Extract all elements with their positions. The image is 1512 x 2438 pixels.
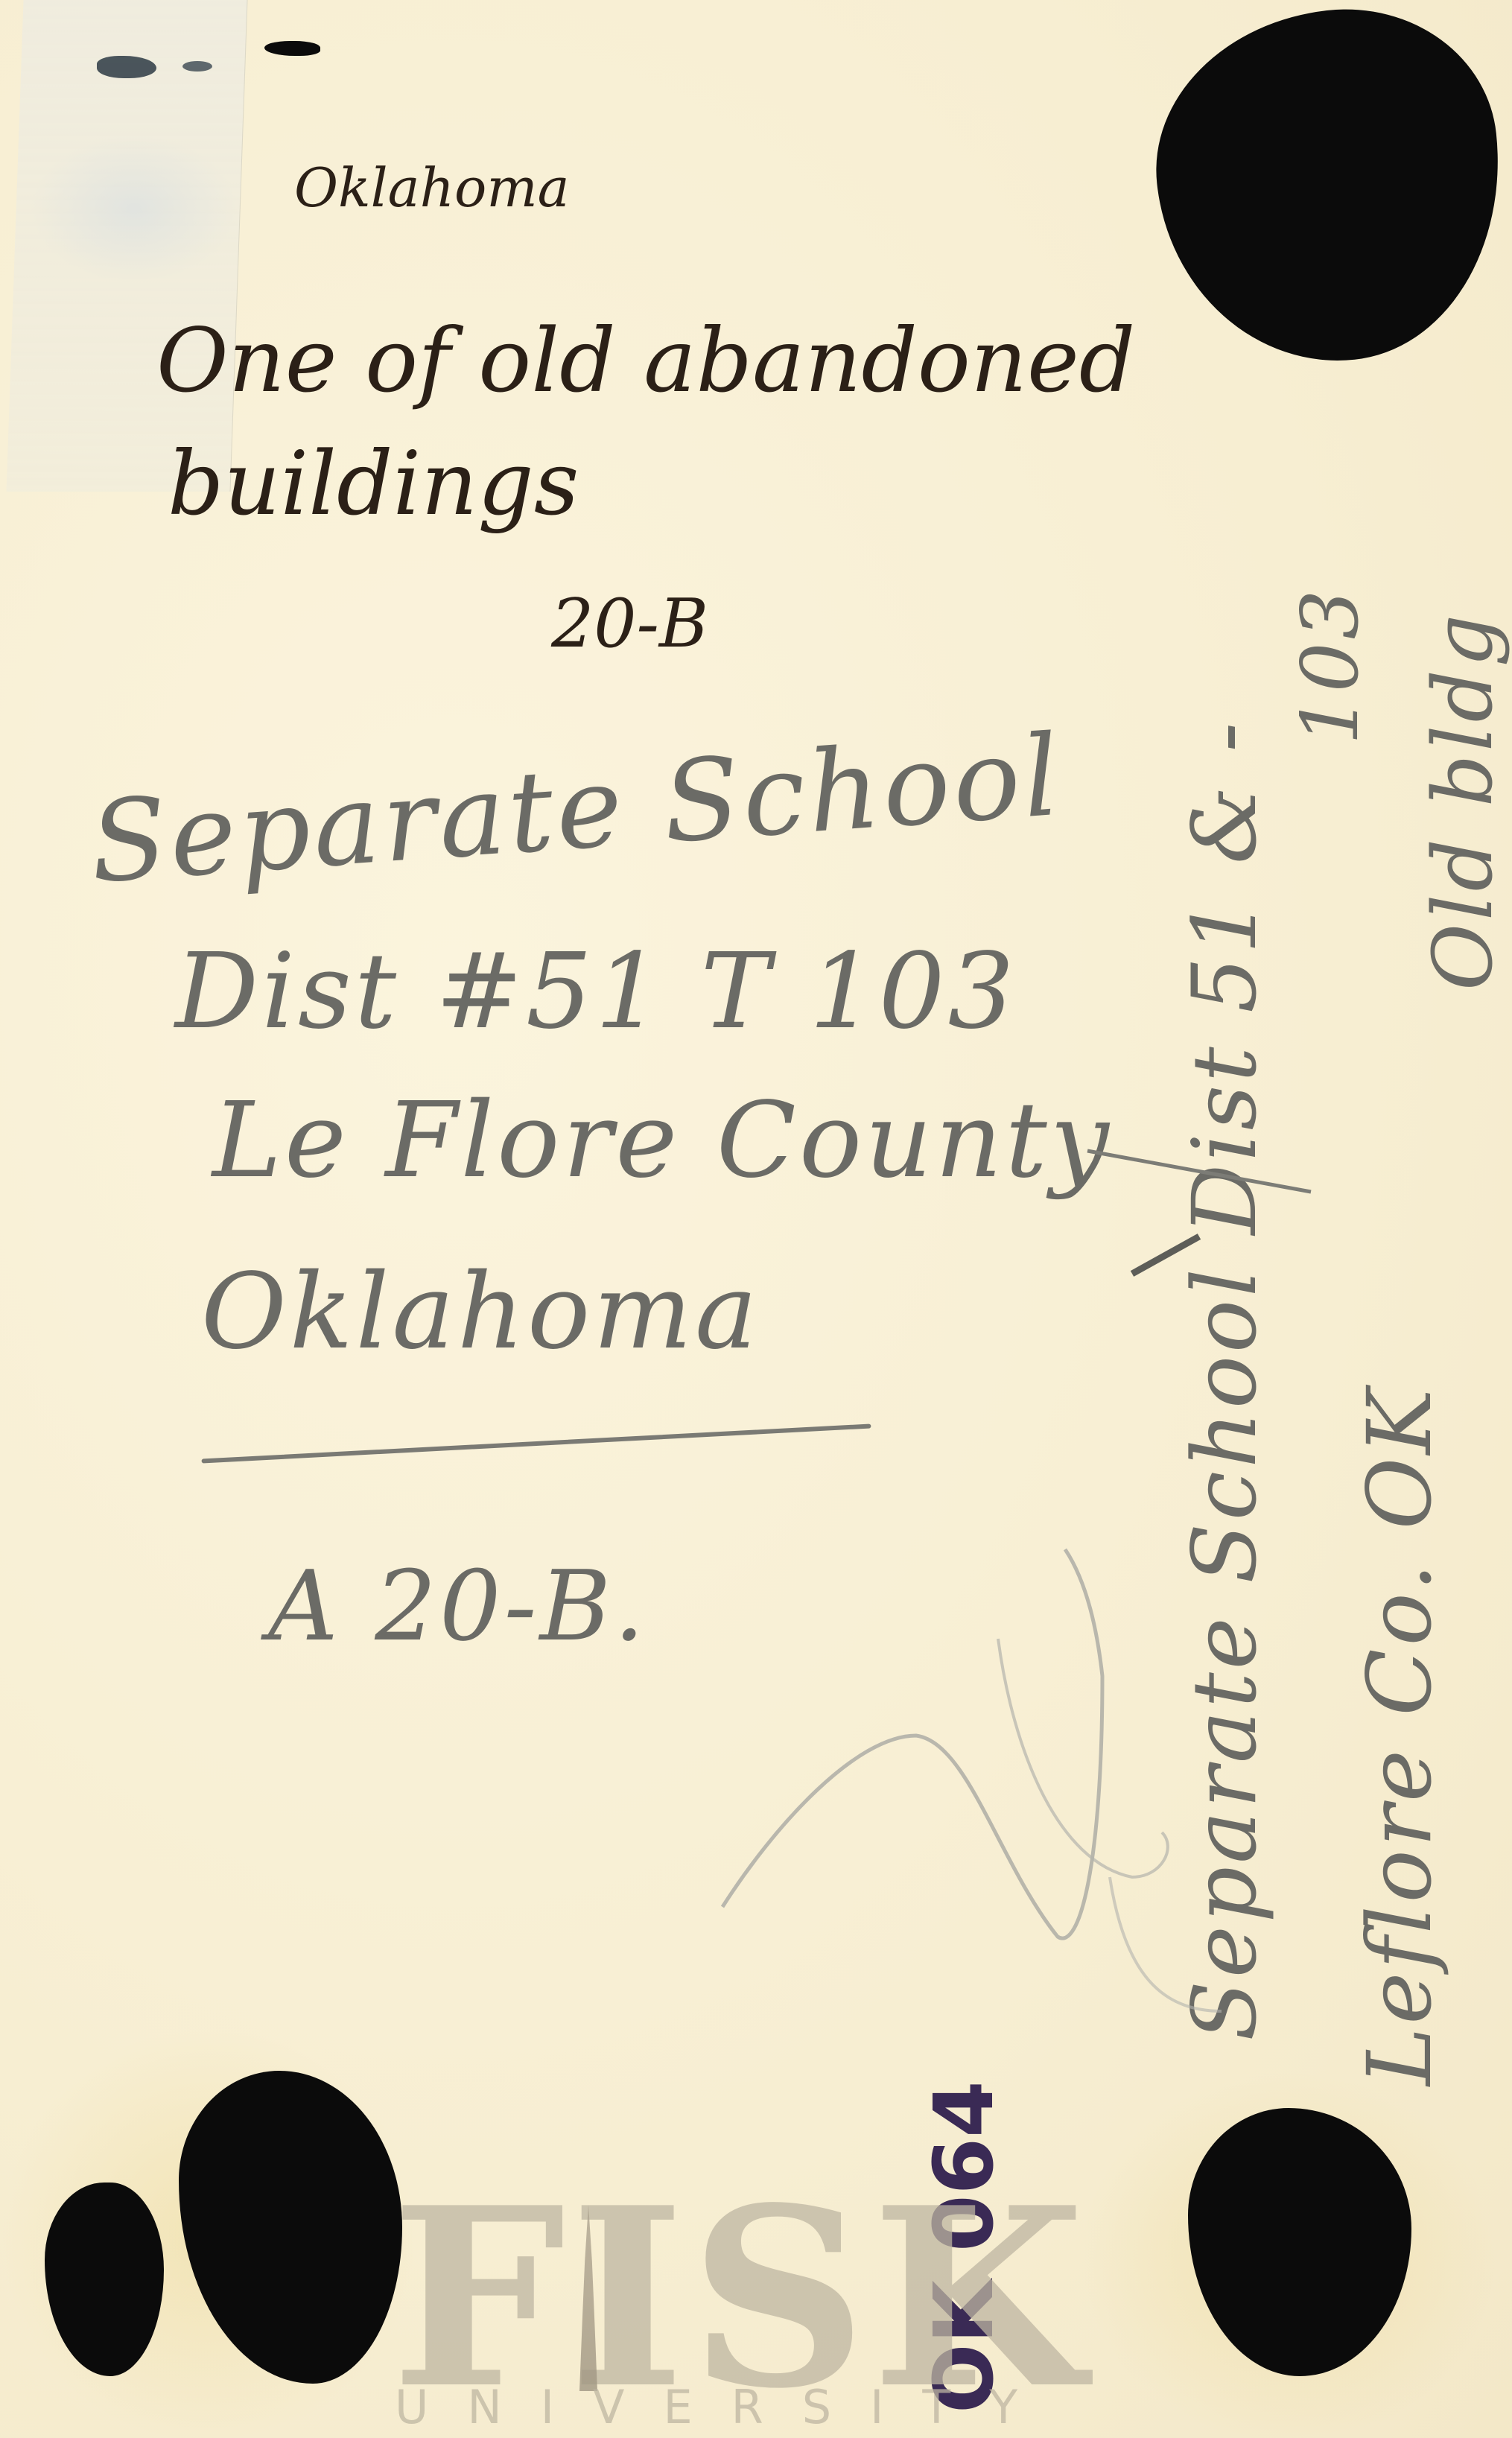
ink-note-state: Oklahoma	[294, 156, 570, 219]
ink-note-code: 20-B	[551, 585, 708, 663]
watermark-university: UNIVERSITY	[395, 2380, 1056, 2434]
pencil-note-archive-code: A 20-B.	[268, 1549, 647, 1663]
vertical-note-number: 103	[1285, 587, 1376, 745]
tape-stain	[30, 134, 238, 283]
vertical-note-school-district: Separate School Dist 51 & -	[1173, 720, 1276, 2041]
ink-note-description: One of old abandoned	[156, 309, 1135, 412]
pencil-note-district: Dist #51 T 103	[175, 931, 1017, 1053]
pencil-note-county: Le Flore County	[212, 1080, 1112, 1201]
ink-note-description-cont: buildings	[168, 432, 579, 535]
pencil-note-state: Oklahoma	[201, 1251, 760, 1373]
vertical-note-old-building: Old bldg	[1415, 612, 1511, 991]
ink-speck	[97, 56, 156, 78]
vertical-note-county: Leflore Co. OK	[1348, 1385, 1451, 2086]
ink-speck	[182, 61, 212, 72]
